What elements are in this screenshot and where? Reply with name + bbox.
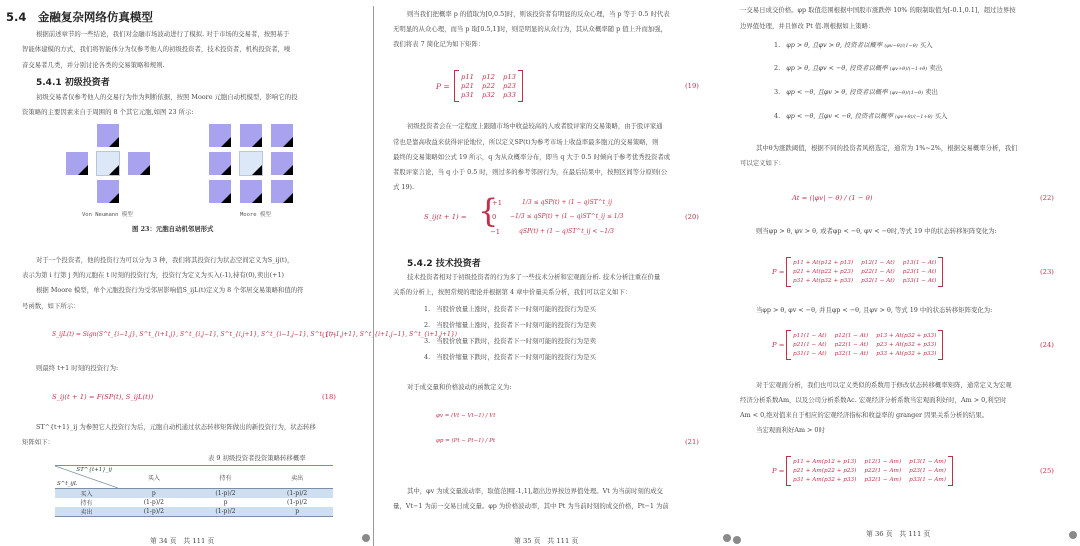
subsection-title: 5.4.2 技术投资者: [407, 256, 481, 269]
para5-line-1: 对于宏观面分析，我们也可以定义类似的系数用于修改状态转移概率矩阵，通常定义为宏观: [756, 380, 1012, 390]
para2-line-1: 对于一个投资者，他的投资行为可以分为 3 种，我们将其投资行为状态空间定义为S_…: [36, 255, 293, 265]
rule-item: 2. φp > θ, 且φv < −θ, 投资者以概率 (φv+θ)/(−1+θ…: [774, 63, 942, 74]
column-header: 买入: [118, 466, 190, 489]
para5-line-1: 其中，φv 为成交量波动率，取值范围[-1,1],超出边界按边界值处理。Vt 为…: [407, 486, 663, 496]
para3: 则最终 t+1 时刻的投资行为:: [36, 363, 118, 373]
page-35: 则当我们把概率 p 的值取为[0,0.5]时，则该投资者有明显的反众心理，当 p…: [373, 6, 731, 546]
equation-17-number: (17): [322, 331, 336, 339]
para4: 对于成交量和价格波动的函数定义为:: [407, 382, 511, 392]
neighbor-cell: [271, 124, 293, 147]
list-item: 2. 当股价缩量上涨时，投资者下一时刻可能的投资行为是卖: [424, 320, 596, 330]
para3-line-2: 关系的分析上，按照常规的理论并根据第 4 章中价量关系分析，我们可以定义如下：: [393, 287, 631, 297]
equation-18-number: (18): [322, 393, 336, 401]
para4-line-2: 矩阵如下：: [22, 437, 54, 447]
list-item: 1. 当股价放量上涨时，投资者下一时刻可能的投资行为是买: [424, 304, 596, 314]
transition-probability-table: ST^{t+1}_ij S^t_ijL 买入 持有 卖出 买入 p (1-p)/…: [55, 465, 333, 517]
column-header: 卖出: [261, 466, 333, 489]
equation-24-number: (24): [1040, 341, 1054, 349]
figure-caption: 图 23：元胞自动机邻居形式: [132, 224, 213, 234]
neighbor-cell: [209, 180, 231, 203]
equation-23-number: (23): [1040, 268, 1054, 276]
page-footer: 第 36 页 共 111 页: [866, 528, 930, 538]
para2-line-1: 初级投资者会在一定程度上跟随市场中收益较高的人或者股评家的交易策略，由于股评家通: [407, 121, 663, 131]
page-36: 一交易日成交价格。φp 取值范围根据中国股市涨跌停 10% 的限制取值为[-0.…: [730, 0, 1080, 546]
list-item: 3. 当股价放量下跌时，投资者下一时刻可能的投资行为是卖: [424, 336, 596, 346]
neighbor-cell: [240, 180, 262, 203]
subintro-line-1: 初级交易者仅参考他人的交易行为作为判断依据，按照 Moore 元胞自动机模型，影…: [36, 92, 298, 102]
equation-20-lhs: S_ij(t + 1) =: [424, 213, 467, 221]
neighbor-cell: [97, 124, 119, 147]
subintro-line-2: 资策略的主要因素来自于周围的 8 个其它元胞,如图 23 所示:: [22, 107, 194, 117]
column-header: 持有: [190, 466, 262, 489]
page-34: 5.4 金融复杂网络仿真模型 根据前述章节的一些结论，我们对金融市场波动进行了模…: [0, 0, 372, 546]
para5-line-2: 量，Vt−1 为前一交易日成交量。φp 为价格波动率，其中 Pt 为当前时刻的成…: [393, 501, 669, 511]
rule-item: 4. φp < −θ, 且φv < −θ, 投资者以概率 (φv+θ)/(−1+…: [774, 111, 947, 122]
equation-20-number: (20): [685, 213, 699, 221]
intro-line-1: 根据前述章节的一些结论，我们对金融市场波动进行了模拟. 对于市场的交易者，按照基…: [36, 29, 289, 39]
equation-24-lhs: P =: [772, 341, 784, 349]
section-title: 5.4 金融复杂网络仿真模型: [6, 9, 153, 25]
equation-21a: φv = (Vt − Vt−1) / Vt: [436, 413, 495, 419]
equation-22: At = (|φv| − θ) / (1 − θ): [792, 194, 872, 202]
para2-line-4: 者股评家言论，当 q 小于 0.5 时，则过多的参考邻居行为，在最后结果中，按照…: [393, 167, 667, 177]
rule-item: 3. φp < −θ, 且φv > θ, 投资者以概率 (φv−θ)/(1−θ)…: [774, 87, 938, 98]
para2-line-2: 表示为第 i 行第 j 列的元胞在 t 时刻的投资行为，投资行为定义为买入(-1…: [22, 270, 284, 280]
para4-line-1: ST^{t+1}_ij 为参照它人投资行为后，元胞自动机通过状态转移矩阵做出的新…: [36, 422, 316, 432]
center-cell: [240, 152, 262, 175]
para3: 则当φp > θ, φv > θ, 或者φp < −θ, φv < −θ时,等式…: [756, 226, 997, 236]
para2-line-4: 号函数，如下所示：: [22, 301, 80, 311]
equation-24-matrix: p11(1 − At)p12(1 − At)p13 + At(p32 + p33…: [786, 330, 943, 360]
neighbor-cell: [97, 180, 119, 203]
para1-line-1: 一交易日成交价格。φp 取值范围根据中国股市涨跌停 10% 的限制取值为[-0.…: [740, 5, 1016, 15]
equation-19-number: (19): [685, 82, 699, 90]
table-row: 持有 (1-p)/2 p (1-p)/2: [55, 498, 333, 507]
equation-22-number: (22): [1040, 194, 1054, 202]
neighbor-cell: [271, 152, 293, 175]
center-cell: [97, 152, 119, 175]
equation-25-number: (25): [1040, 467, 1054, 475]
case-brace: {: [478, 192, 498, 230]
para4: 当φp > θ, φv < −θ, 并且φp < −θ, 且φv > θ, 等式…: [756, 305, 992, 315]
equation-19-lhs: P =: [436, 82, 450, 91]
list-item: 4. 当股价缩量下跌时，投资者下一时刻可能的投资行为是买: [424, 352, 596, 362]
equation-23-lhs: P =: [772, 268, 784, 276]
equation-21b: φp = (Pt − Pt−1) / Pt: [436, 438, 495, 444]
table-corner-cell: ST^{t+1}_ij S^t_ijL: [55, 466, 118, 489]
subsection-title: 5.4.1 初级投资者: [36, 75, 110, 88]
neighbor-cell: [209, 124, 231, 147]
para2-line-5: 式 19).: [393, 182, 414, 192]
neighbor-cell: [271, 180, 293, 203]
table-row: 卖出 (1-p)/2 (1-p)/2 p: [55, 507, 333, 517]
equation-23-matrix: p11 + At(p12 + p13)p12(1 − At)p13(1 − At…: [786, 257, 943, 287]
page-footer: 第 34 页 共 111 页: [150, 535, 214, 545]
para1-line-2: 无明显的从众心理，而当 p 取[0.5,1]时，则是明显的从众行为，其从众概率随…: [393, 24, 667, 34]
intro-line-3: 音交易者几类，并分别讨论各类的交易策略和规则.: [22, 60, 165, 70]
page-marker-dot: [362, 534, 370, 542]
intro-line-2: 智能体建模的方式，我们将智能体分为仅参考他人的初级投资者，技术投资者，机构投资者…: [22, 44, 290, 54]
von-neumann-label: Von Neumann 模型: [82, 210, 133, 218]
para5-line-2: 经济分析系数Am，以及公司分析系数Ac. 宏观经济分析系数当宏观面利好时，Am …: [740, 395, 1006, 405]
table-row: 买入 p (1-p)/2 (1-p)/2: [55, 489, 333, 499]
para2-line-1: 其中θ为涨跌阈值，根据不同的投资者风格选定，通常为 1%~2%，根据交易概率分析…: [756, 143, 1018, 153]
para1-line-3: 我们将表 7 简化记为如下矩阵：: [393, 39, 484, 49]
page-footer: 第 35 页 共 111 页: [514, 535, 578, 545]
page-marker-dot: [733, 536, 741, 544]
table-title: 表 9 初级投资者投资策略转移概率: [208, 453, 306, 463]
para2-line-2: 常也是靠高收益来获得评论地位，所以定义SP(t)为参考市场上收益率最多胞元的交易…: [393, 137, 658, 147]
equation-25-lhs: P =: [772, 467, 784, 475]
neighbor-cell: [128, 152, 150, 175]
neighbor-cell: [240, 124, 262, 147]
equation-21-number: (21): [685, 438, 699, 446]
para2-line-3: 根据 Moore 模型，单个元胞投资行为受邻居影响值S_ijL(t)定义为 8 …: [36, 285, 304, 295]
rule-item: 1. φp > θ, 且φv > θ, 投资者以概率 (φv−θ)/(1−θ) …: [774, 40, 933, 51]
para1-line-1: 则当我们把概率 p 的值取为[0,0.5]时，则该投资者有明显的反众心理，当 p…: [407, 9, 670, 19]
equation-18: S_ij(t + 1) = F(SP(t), S_ijL(t)): [52, 393, 153, 401]
moore-label: Moore 模型: [240, 210, 271, 218]
para6: 当宏观面利好Am > 0时: [756, 425, 825, 435]
para1-line-2: 边界值处理，并且修改 Pt 值.则根据如上策略：: [740, 21, 874, 31]
para5-line-3: Am < 0,绝对值来自于相应的宏观经济指标和收益率的 granger 因果关系…: [740, 410, 988, 420]
para2-line-3: 最终的交易策略如公式 19 所示，q 为从众概率分布，即当 q 大于 0.5 时…: [393, 152, 670, 162]
para2-line-2: 可以定义如下：: [740, 158, 785, 168]
equation-19-matrix: p11p12p13 p21p22p23 p31p32p33: [454, 70, 523, 102]
neighbor-cell: [209, 152, 231, 175]
page-marker-dot: [1069, 531, 1077, 539]
para3-line-1: 技术投资者相对于初级投资者的行为多了一些技术分析和宏观面分析. 技术分析注重在价…: [407, 272, 660, 282]
neighbor-cell: [66, 152, 88, 175]
equation-25-matrix: p11 + Am(p12 + p13)p12(1 − Am)p13(1 − Am…: [786, 456, 953, 486]
